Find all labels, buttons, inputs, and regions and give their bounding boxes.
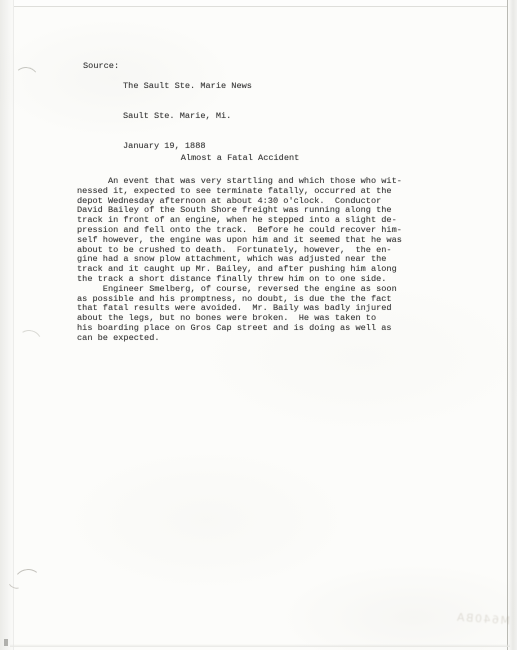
source-label: Source: — [83, 61, 119, 71]
punch-hole-bottom — [13, 568, 44, 597]
punch-hole-top — [12, 66, 41, 95]
paragraph-2: Engineer Smelberg, of course, reversed t… — [77, 285, 402, 344]
source-location: Sault Ste. Marie, Mi. — [123, 111, 252, 121]
scan-speck — [4, 639, 8, 646]
bleedthrough-mark: M640BA — [440, 610, 511, 628]
article-title: Almost a Fatal Accident — [77, 153, 403, 163]
article-body: An event that was very startling and whi… — [77, 177, 402, 344]
scan-top-edge — [0, 0, 517, 7]
source-date: January 19, 1888 — [123, 141, 252, 151]
source-publication: The Sault Ste. Marie News — [123, 81, 252, 91]
punch-hole-middle — [13, 327, 45, 359]
scanned-page: Source: The Sault Ste. Marie News Sault … — [0, 0, 517, 650]
scan-left-edge — [0, 0, 14, 650]
scan-right-edge — [507, 0, 517, 650]
paragraph-1: An event that was very startling and whi… — [77, 177, 402, 285]
scan-bottom-edge — [10, 644, 510, 647]
